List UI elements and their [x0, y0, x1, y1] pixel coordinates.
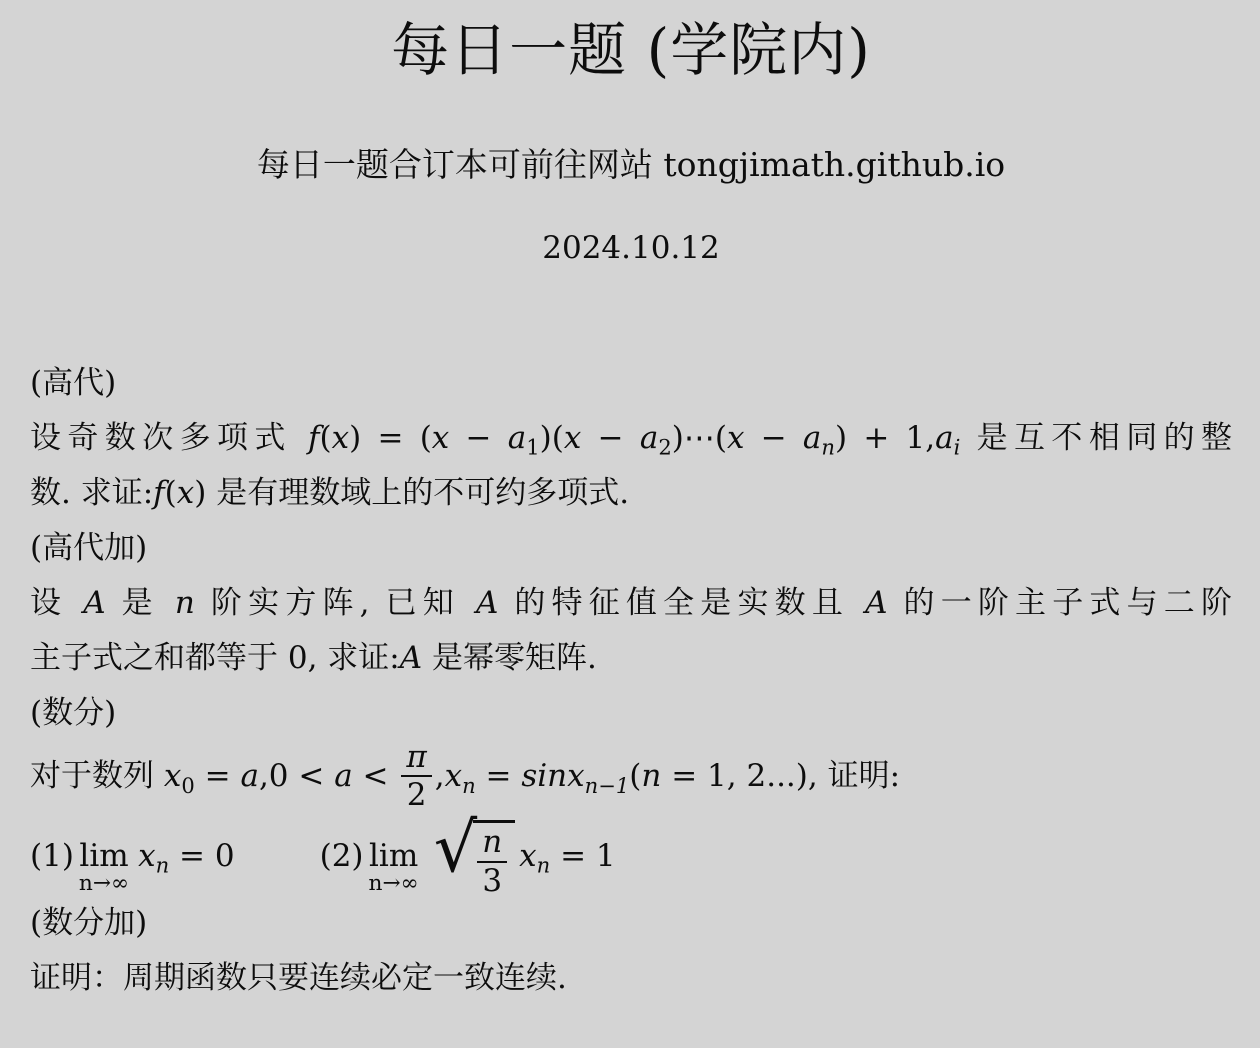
- math-fraction: n3: [477, 826, 507, 897]
- section-label-shufen: (数分): [30, 686, 1232, 741]
- limit-operator: limn→∞: [369, 840, 419, 896]
- fraction-denominator: 2: [407, 777, 427, 812]
- subscript: 0: [181, 773, 194, 798]
- section-label-gaodai: (高代): [30, 356, 1232, 411]
- problem-line: 设 A 是 n 阶实方阵, 已知 A 的特征值全是实数且 A 的一阶主子式与二阶: [30, 576, 1232, 631]
- text-run: 主子式之和都等于: [30, 640, 288, 676]
- text-run: 阶实方阵, 已知: [195, 585, 476, 621]
- subscript: 1: [526, 434, 539, 459]
- subtitle-text: 每日一题合订本可前往网站: [257, 145, 664, 184]
- fraction-denominator: 3: [482, 863, 502, 898]
- lim-under: n→∞: [79, 873, 129, 896]
- subscript: n: [462, 773, 476, 798]
- lim-under: n→∞: [369, 873, 419, 896]
- subscript: n: [537, 852, 551, 877]
- problem-line: 对于数列 x0 = a,0 < a < π2,xn = sinxn−1(n = …: [30, 741, 1232, 812]
- text-run: 设: [30, 585, 83, 621]
- text-run: 证明:: [818, 758, 900, 794]
- radicand: n3: [473, 820, 515, 897]
- text-run: 数. 求证:: [30, 475, 153, 511]
- fraction-numerator: n: [477, 826, 507, 863]
- problem-line: (1)limn→∞xn = 0(2)limn→∞√n3xn = 1: [30, 812, 1232, 896]
- site-url: tongjimath.github.io: [663, 145, 1005, 184]
- subscript: n−1: [585, 773, 630, 798]
- text-run: 的一阶主子式与二阶: [887, 585, 1232, 621]
- fraction-numerator: π: [401, 741, 431, 778]
- subscript: 2: [658, 434, 671, 459]
- text-run: 求证:: [317, 640, 399, 676]
- section-label-shufen-jia: (数分加): [30, 896, 1232, 951]
- math-fraction: π2: [401, 741, 431, 812]
- radical-sign-icon: √: [434, 817, 477, 882]
- page-title: 每日一题 (学院内): [30, 0, 1232, 86]
- problems: (高代) 设奇数次多项式 f(x) = (x − a1)(x − a2)⋯(x …: [30, 356, 1232, 1006]
- text-run: 对于数列: [30, 758, 164, 794]
- date: 2024.10.12: [30, 229, 1232, 268]
- problem-line: 主子式之和都等于 0, 求证:A 是幂零矩阵.: [30, 631, 1232, 686]
- sqrt-radical: √n3: [434, 817, 515, 897]
- problem-line: 证明：周期函数只要连续必定一致连续.: [30, 951, 1232, 1006]
- problem-line: 设奇数次多项式 f(x) = (x − a1)(x − a2)⋯(x − an)…: [30, 411, 1232, 466]
- text-run: 的特征值全是实数且: [498, 585, 865, 621]
- subtitle: 每日一题合订本可前往网站 tongjimath.github.io: [30, 144, 1232, 185]
- subscript: n: [821, 434, 835, 459]
- limit-operator: limn→∞: [79, 840, 129, 896]
- text-run: 证明：周期函数只要连续必定一致连续.: [30, 960, 567, 996]
- lim-word: lim: [369, 840, 418, 873]
- problem-line: 数. 求证:f(x) 是有理数域上的不可约多项式.: [30, 466, 1232, 521]
- text-run: 设奇数次多项式: [30, 420, 308, 456]
- section-label-gaodai-jia: (高代加): [30, 521, 1232, 576]
- text-run: 是互不相同的整: [960, 420, 1232, 456]
- document: 每日一题 (学院内) 每日一题合订本可前往网站 tongjimath.githu…: [0, 0, 1260, 1006]
- lim-word: lim: [79, 840, 128, 873]
- text-run: 是有理数域上的不可约多项式.: [206, 475, 629, 511]
- subscript: n: [156, 852, 170, 877]
- text-run: 是: [106, 585, 175, 621]
- text-run: 是幂零矩阵.: [422, 640, 597, 676]
